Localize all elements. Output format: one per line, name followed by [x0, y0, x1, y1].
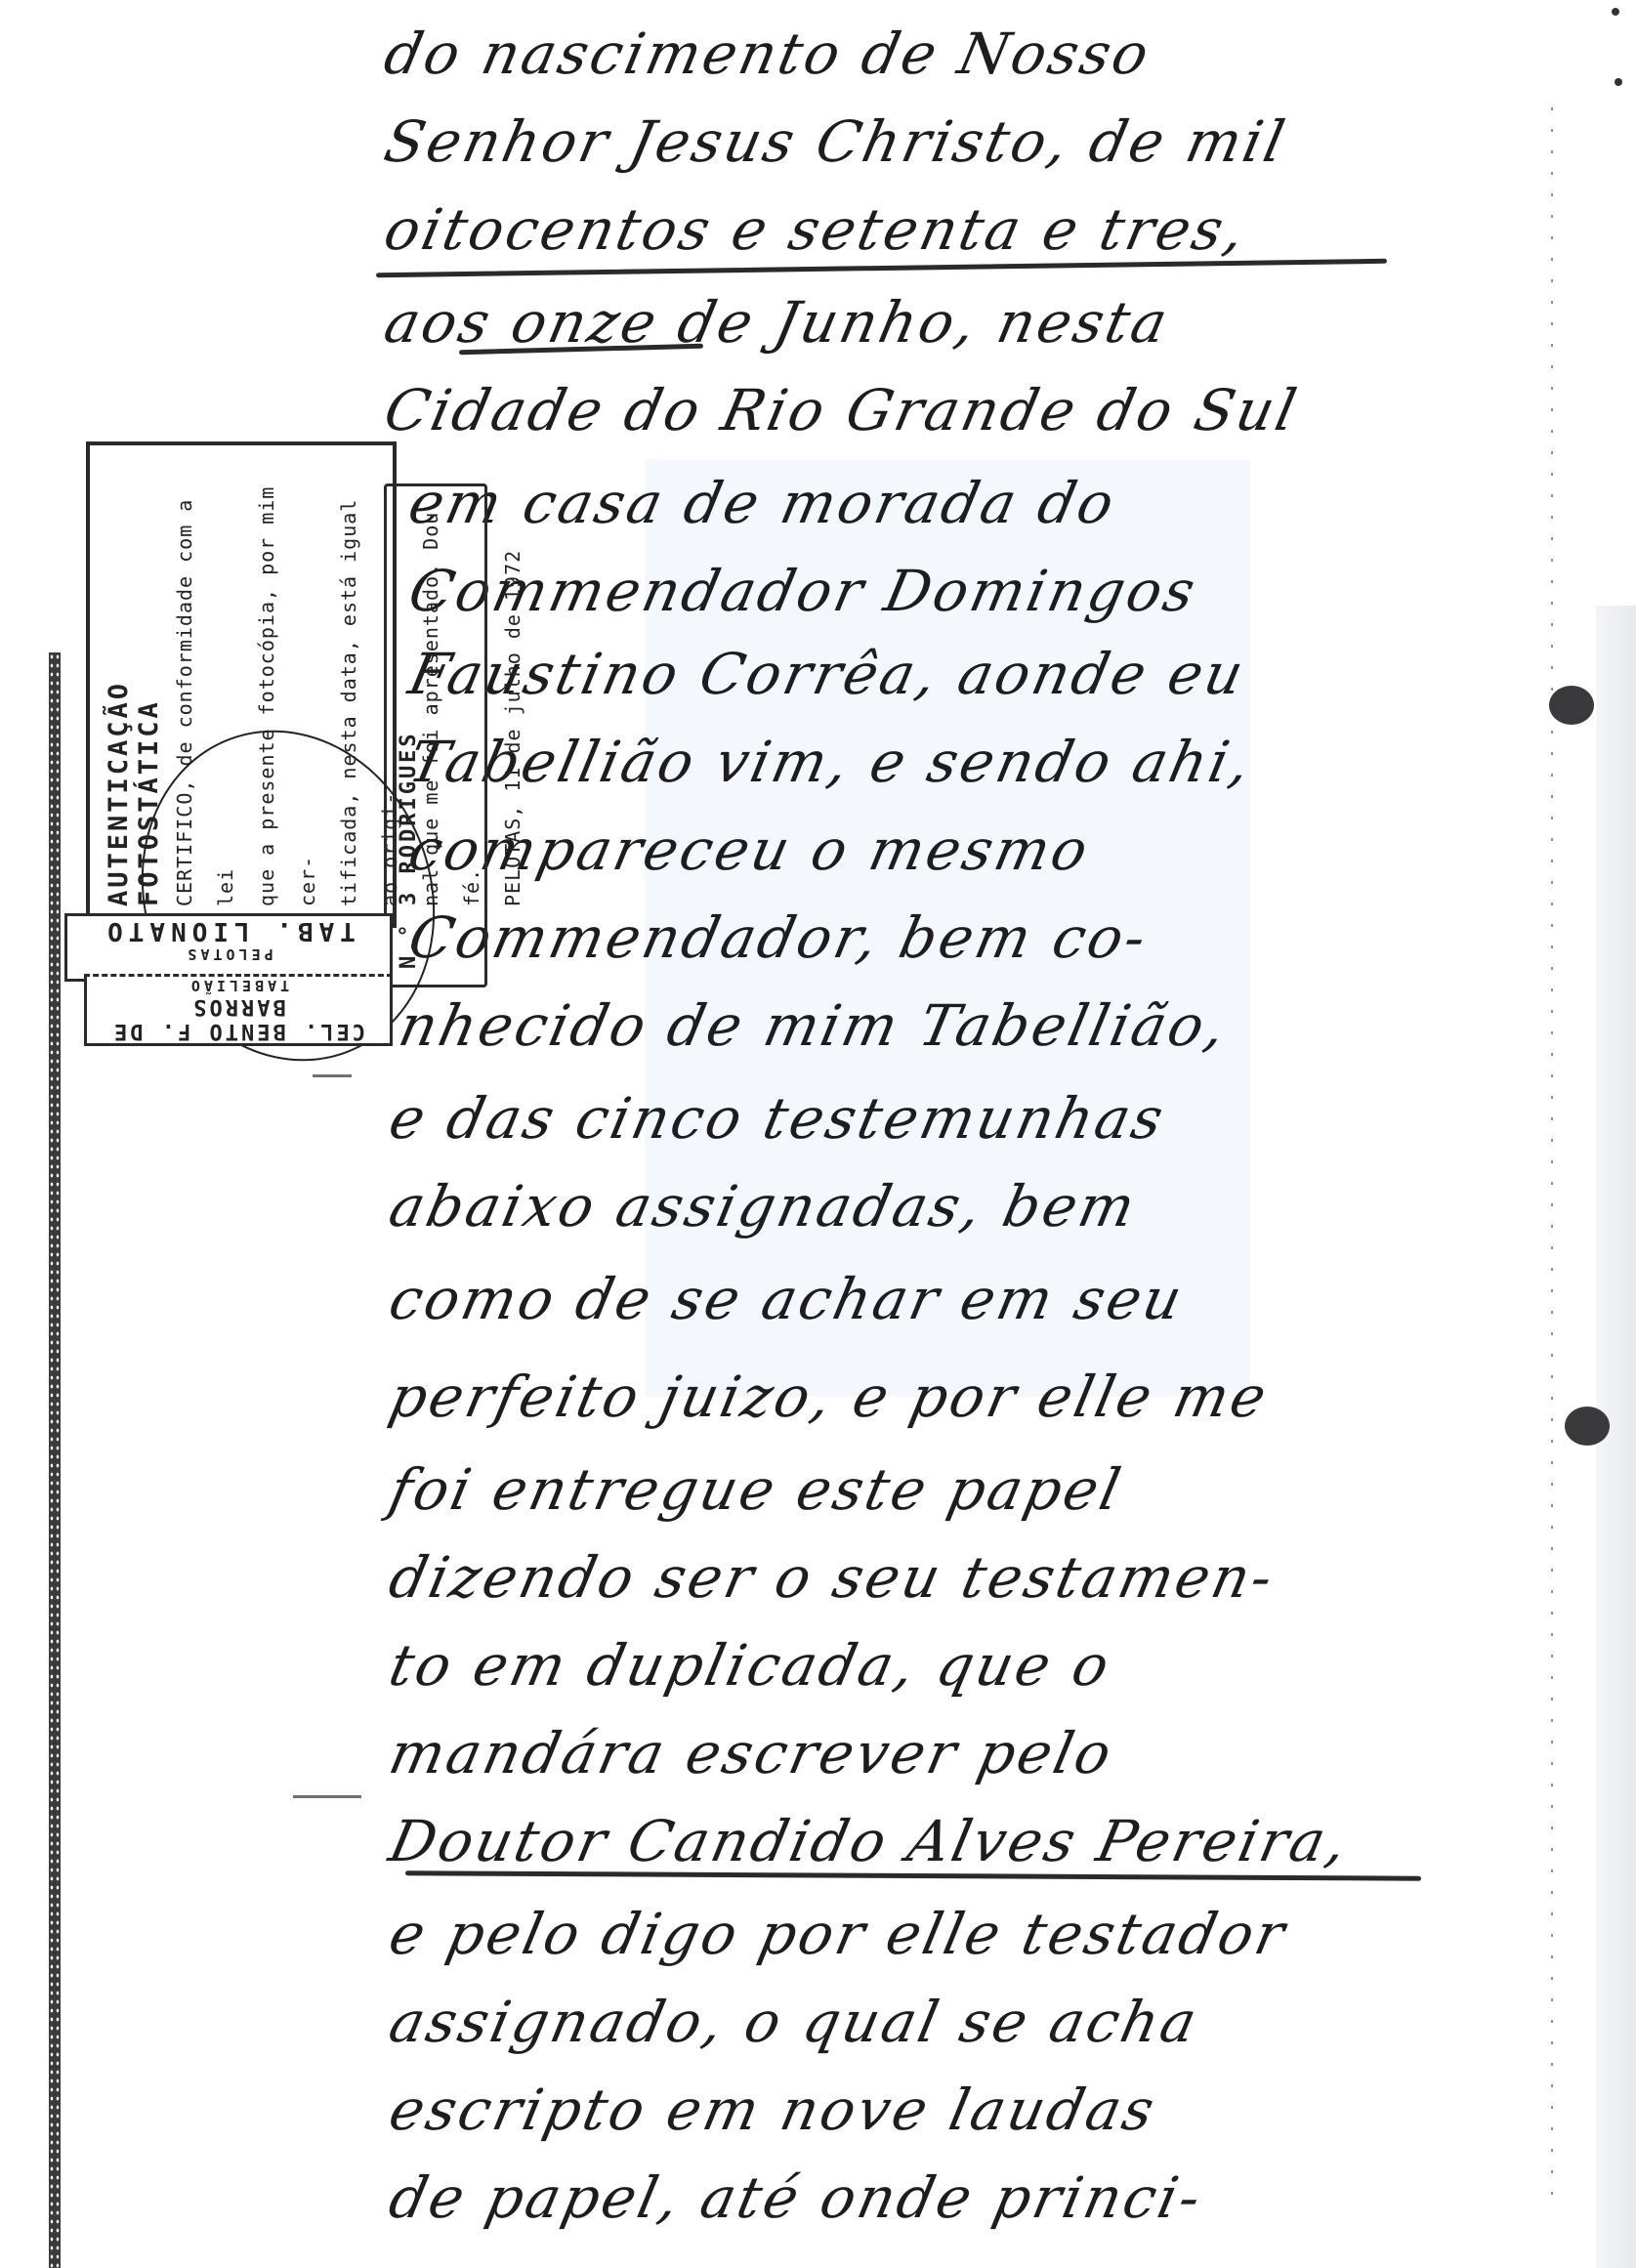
speck: [1612, 8, 1619, 16]
handwritten-line: Faustino Corrêa, aonde eu: [403, 640, 1453, 708]
handwritten-line: to em duplicada, que o: [384, 1631, 1434, 1700]
handwritten-line: de papel, até onde princi-: [384, 2163, 1434, 2232]
handwritten-line: compareceu o mesmo: [403, 816, 1453, 884]
handwritten-line: Commendador, bem co-: [403, 903, 1453, 972]
notary-name: CEL. BENTO F. DE BARROS: [87, 994, 390, 1043]
page-edge-dots: [1551, 107, 1553, 2207]
handwritten-line: aos onze de Junho, nesta: [379, 288, 1429, 357]
handwritten-line: Doutor Candido Alves Pereira,: [384, 1807, 1434, 1875]
notary-title: TABELIÃO: [87, 977, 390, 994]
handwritten-line: e das cinco testemunhas: [384, 1084, 1434, 1153]
punch-hole-icon: [1565, 1407, 1610, 1446]
handwritten-line: abaixo assignadas, bem: [384, 1172, 1434, 1240]
handwritten-line: Senhor Jesus Christo, de mil: [379, 107, 1429, 176]
margin-mark: [293, 1795, 361, 1798]
left-binding-bar: [49, 652, 61, 2268]
stamp-date-line: PELOTAS, 11 de julho de 1972: [492, 463, 533, 906]
handwritten-line: foi entregue este papel: [384, 1455, 1434, 1524]
handwritten-line: perfeito juizo, e por elle me: [384, 1363, 1434, 1431]
handwritten-line: mandára escrever pelo: [384, 1719, 1434, 1787]
office-name: TAB. LIONATO: [67, 916, 390, 945]
handwritten-line: e pelo digo por elle testador: [384, 1900, 1434, 1968]
office-stamp: PELOTAS TAB. LIONATO: [64, 913, 393, 982]
handwritten-line: assignado, o qual se acha: [384, 1988, 1434, 2056]
handwritten-line: Cidade do Rio Grande do Sul: [379, 376, 1429, 444]
punch-hole-icon: [1549, 686, 1594, 725]
margin-mark: [313, 1074, 352, 1077]
document-page: do nascimento de Nosso Senhor Jesus Chri…: [0, 0, 1636, 2268]
handwritten-line: em casa de morada do: [403, 469, 1453, 537]
handwritten-line: Commendador Domingos: [403, 557, 1453, 625]
handwritten-line: Tabellião vim, e sendo ahi,: [403, 728, 1453, 796]
handwritten-line: como de se achar em seu: [384, 1265, 1434, 1333]
handwritten-line: do nascimento de Nosso: [379, 20, 1429, 88]
handwritten-line: oitocentos e setenta e tres,: [379, 195, 1429, 264]
speck: [1615, 78, 1622, 86]
handwritten-line: dizendo ser o seu testamen-: [384, 1543, 1434, 1612]
handwritten-line: nhecido de mim Tabellião,: [394, 991, 1444, 1060]
notary-stamp: CEL. BENTO F. DE BARROS TABELIÃO: [84, 974, 393, 1046]
office-city: PELOTAS: [67, 945, 390, 963]
handwritten-line: escripto em nove laudas: [384, 2076, 1434, 2144]
